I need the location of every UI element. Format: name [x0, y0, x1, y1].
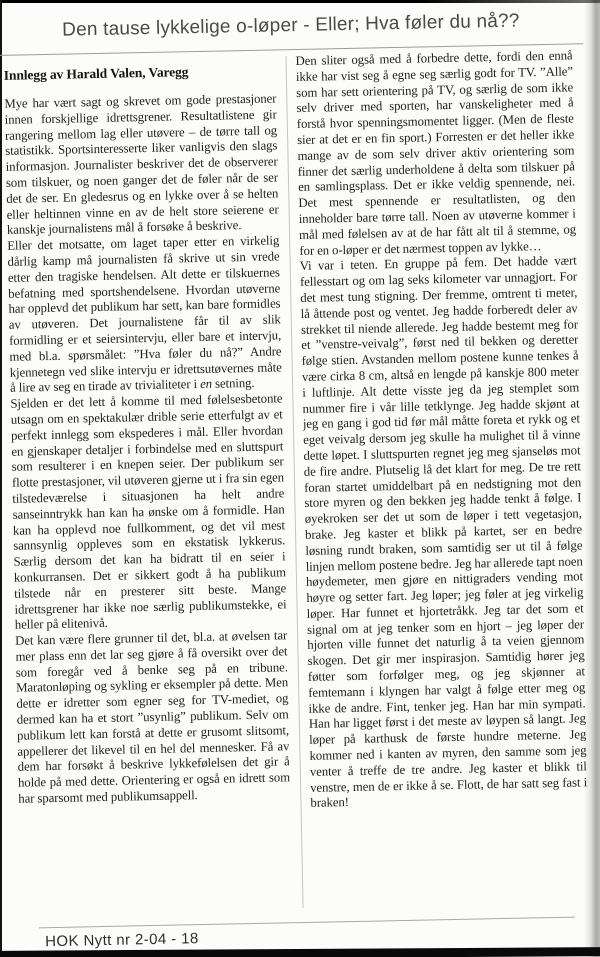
footer-page-label: HOK Nytt nr 2-04 - 18	[45, 930, 199, 950]
right-column: Den sliter også med å forbedre dette, fo…	[295, 48, 589, 917]
paragraph: Eller det motsatte, om laget taper etter…	[7, 234, 282, 397]
scanned-newsletter-page: Den tause lykkelige o-løper - Eller; Hva…	[0, 0, 600, 957]
body-text: setning.	[212, 376, 255, 391]
paragraph: Det kan være flere grunner til det, bl.a…	[15, 628, 290, 807]
emphasized-text: en	[200, 377, 212, 391]
paragraph: Sjelden er det lett å komme til med føle…	[10, 391, 287, 633]
body-text: Mye har vært sagt og skrevet om gode pre…	[4, 91, 278, 237]
body-text: Vi var i teten. En gruppe på fem. Det ha…	[300, 254, 588, 811]
right-column-text: Den sliter også med å forbedre dette, fo…	[295, 48, 587, 812]
paragraph: Vi var i teten. En gruppe på fem. Det ha…	[300, 254, 588, 812]
left-column-text: Mye har vært sagt og skrevet om gode pre…	[4, 91, 290, 807]
body-text: Sjelden er det lett å komme til med føle…	[10, 391, 286, 632]
body-text: Det kan være flere grunner til det, bl.a…	[15, 628, 290, 805]
left-column: Innlegg av Harald Valen, Varegg Mye har …	[4, 56, 293, 923]
article-title: Den tause lykkelige o-løper - Eller; Hva…	[0, 9, 591, 43]
body-text: Eller det motsatte, om laget taper etter…	[7, 234, 282, 396]
paragraph: Mye har vært sagt og skrevet om gode pre…	[4, 91, 279, 239]
body-text: Den sliter også med å forbedre dette, fo…	[295, 48, 576, 257]
paragraph: Den sliter også med å forbedre dette, fo…	[295, 48, 576, 259]
article-byline: Innlegg av Harald Valen, Varegg	[4, 62, 276, 83]
article-page: Den tause lykkelige o-løper - Eller; Hva…	[0, 0, 600, 957]
